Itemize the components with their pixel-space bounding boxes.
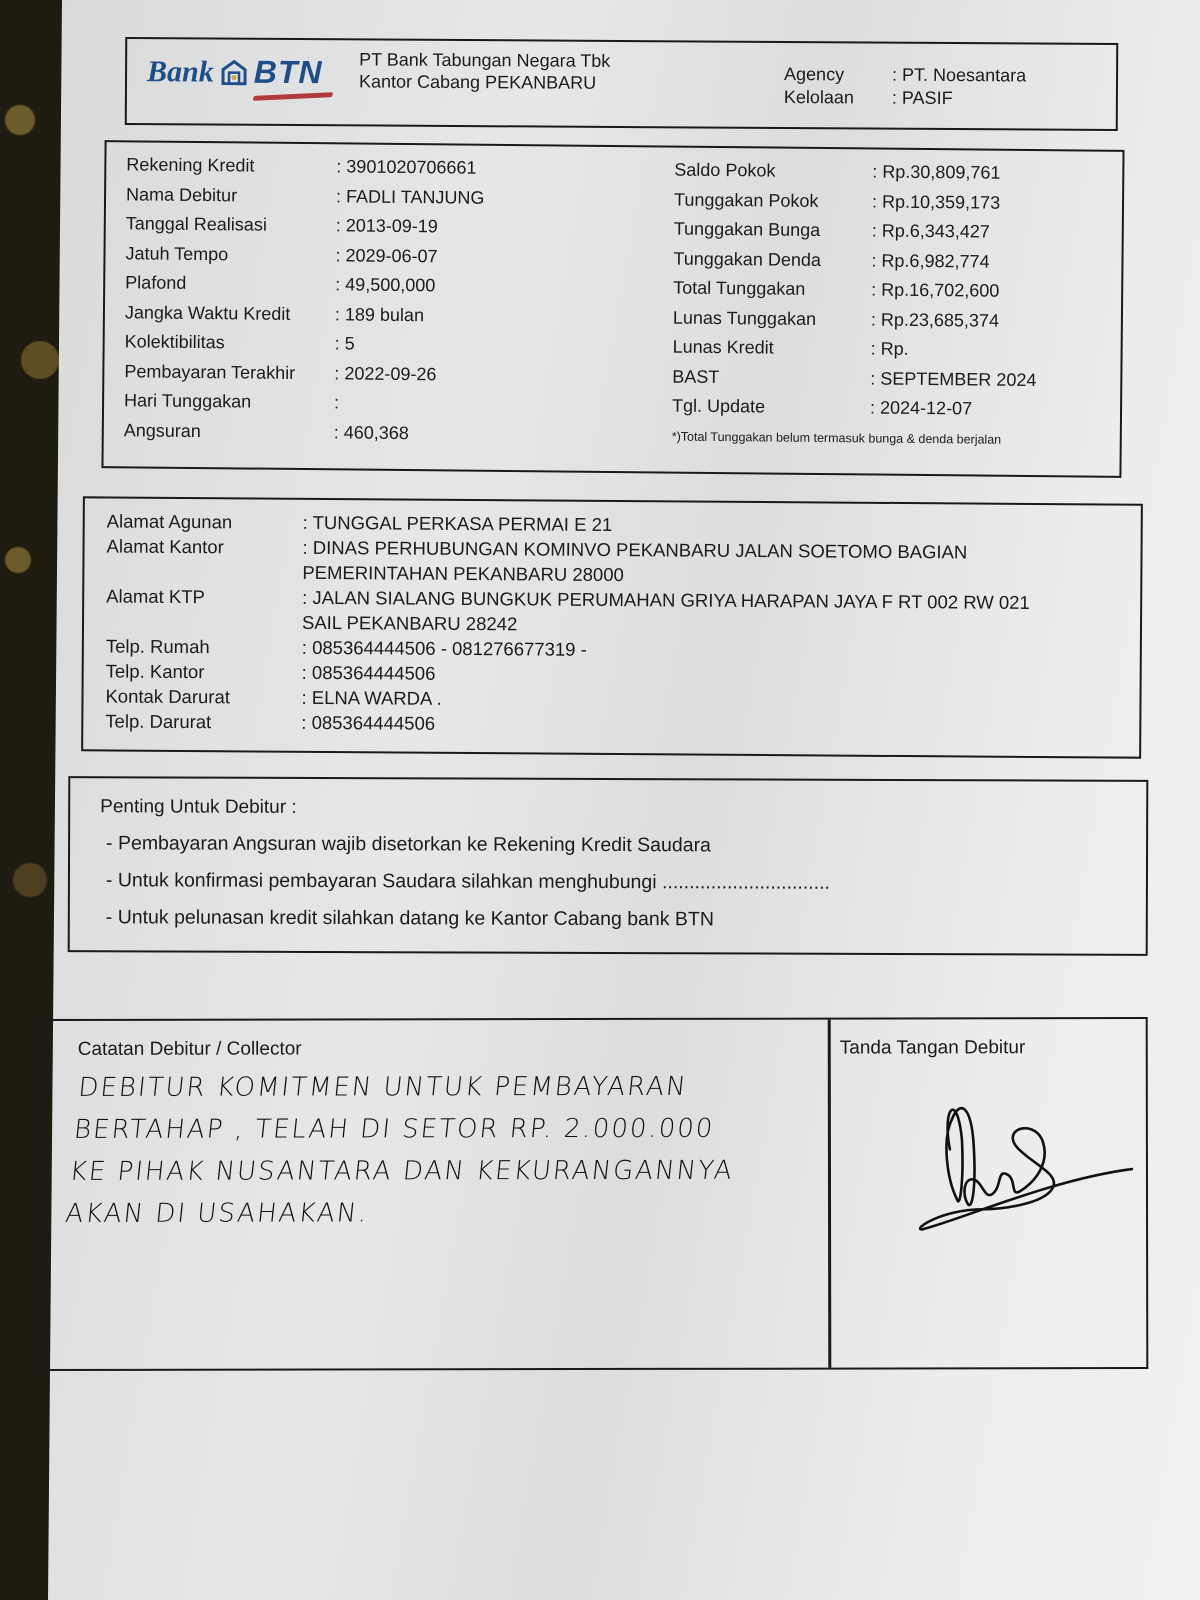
field-label: Kolektibilitas [125, 332, 335, 355]
address-panel: Alamat Agunan: TUNGGAL PERKASA PERMAI E … [81, 496, 1143, 758]
field-value: : Rp.6,343,427 [872, 221, 990, 243]
field-value: : Rp.6,982,774 [871, 250, 989, 272]
field-row: Tanggal Realisasi: 2013-09-19 [126, 209, 485, 242]
field-label: Jatuh Tempo [125, 243, 335, 266]
field-label: Saldo Pokok [674, 160, 872, 183]
address-label: Telp. Rumah [106, 633, 302, 659]
field-value: : Rp. [871, 339, 909, 360]
field-label: Plafond [125, 273, 335, 296]
address-row: Alamat KTP: JALAN SIALANG BUNGKUK PERUMA… [106, 583, 1062, 640]
notice-list: - Pembayaran Angsuran wajib disetorkan k… [106, 832, 830, 946]
meta-value: : PT. Noesantara [892, 64, 1026, 88]
notice-item: - Untuk pelunasan kredit silahkan datang… [106, 906, 830, 946]
field-row: Lunas Kredit: Rp. [672, 333, 1036, 366]
handwritten-line: DEBITUR KOMITMEN UNTUK PEMBAYARAN [76, 1066, 840, 1109]
field-row: Rekening Kredit: 3901020706661 [126, 150, 485, 183]
meta-value: : PASIF [892, 87, 953, 110]
field-value: : Rp.10,359,173 [872, 191, 1000, 213]
field-value: : Rp.23,685,374 [871, 309, 999, 331]
field-label: Tunggakan Denda [673, 248, 871, 271]
loan-details-right: Saldo Pokok: Rp.30,809,761 Tunggakan Pok… [672, 156, 1039, 425]
field-row: Hari Tunggakan: [124, 386, 483, 419]
notice-title: Penting Untuk Debitur : [100, 796, 297, 819]
handwritten-note: DEBITUR KOMITMEN UNTUK PEMBAYARAN BERTAH… [63, 1066, 840, 1235]
loan-details-left: Rekening Kredit: 3901020706661 Nama Debi… [124, 150, 485, 448]
field-value: : [334, 393, 339, 414]
logo-text-bank: Bank [147, 55, 214, 89]
field-label: Total Tunggakan [673, 278, 871, 301]
field-row: Jatuh Tempo: 2029-06-07 [125, 239, 484, 272]
field-value: : Rp.16,702,600 [871, 280, 999, 302]
logo-text-brand: BTN [254, 54, 323, 91]
field-label: Lunas Tunggakan [673, 307, 871, 330]
field-value: : Rp.30,809,761 [872, 162, 1000, 184]
field-value: : 460,368 [334, 422, 409, 444]
field-label: Pembayaran Terakhir [124, 361, 334, 384]
address-label: Alamat Agunan [107, 508, 303, 534]
field-row: Total Tunggakan: Rp.16,702,600 [673, 274, 1037, 307]
field-row: Tunggakan Pokok: Rp.10,359,173 [674, 185, 1038, 218]
field-label: Jangka Waktu Kredit [125, 302, 335, 325]
field-label: Rekening Kredit [126, 155, 336, 178]
meta-row-agency: Agency : PT. Noesantara [784, 63, 1026, 87]
handwritten-line: KE PIHAK NUSANTARA DAN KEKURANGANNYA [68, 1150, 832, 1193]
field-value: : 2029-06-07 [335, 245, 437, 267]
notice-item: - Pembayaran Angsuran wajib disetorkan k… [106, 832, 830, 872]
field-row: Kolektibilitas: 5 [125, 327, 484, 360]
field-value: : 2024-12-07 [870, 398, 972, 420]
address-label: Kontak Darurat [105, 683, 301, 709]
handwritten-line: AKAN DI USAHAKAN. [63, 1192, 827, 1235]
agency-meta: Agency : PT. Noesantara Kelolaan : PASIF [784, 63, 1026, 110]
field-label: Lunas Kredit [673, 337, 871, 360]
field-row: Jangka Waktu Kredit: 189 bulan [125, 298, 484, 331]
field-value: : 5 [335, 334, 355, 355]
address-label: Alamat KTP [106, 583, 302, 634]
branch-name: Kantor Cabang PEKANBARU [359, 70, 610, 94]
address-list: Alamat Agunan: TUNGGAL PERKASA PERMAI E … [105, 508, 1063, 740]
field-label: Tunggakan Pokok [674, 189, 872, 212]
address-value: : DINAS PERHUBUNGAN KOMINVO PEKANBARU JA… [302, 535, 1062, 590]
address-value: : 085364444506 [301, 710, 1061, 740]
handwritten-line: BERTAHAP , TELAH DI SETOR RP. 2.000.000 [72, 1108, 836, 1151]
address-row: Telp. Darurat: 085364444506 [105, 708, 1061, 740]
field-row: BAST: SEPTEMBER 2024 [672, 362, 1036, 395]
important-notice-panel: Penting Untuk Debitur : - Pembayaran Ang… [68, 776, 1149, 956]
field-label: Nama Debitur [126, 184, 336, 207]
company-info: PT Bank Tabungan Negara Tbk Kantor Caban… [359, 48, 610, 94]
meta-row-kelolaan: Kelolaan : PASIF [784, 86, 1026, 110]
field-row: Lunas Tunggakan: Rp.23,685,374 [673, 303, 1037, 336]
field-row: Plafond: 49,500,000 [125, 268, 484, 301]
document-header: Bank BTN PT Bank Tabungan Negara Tbk Kan… [125, 37, 1119, 131]
meta-label: Agency [784, 63, 892, 87]
field-value: : FADLI TANJUNG [336, 186, 485, 208]
field-value: : 49,500,000 [335, 275, 435, 297]
field-label: Angsuran [124, 420, 334, 443]
arrears-footnote: *)Total Tunggakan belum termasuk bunga &… [672, 430, 1002, 447]
address-value: : JALAN SIALANG BUNGKUK PERUMAHAN GRIYA … [302, 585, 1062, 640]
address-label: Telp. Kantor [106, 658, 302, 684]
field-row: Angsuran: 460,368 [124, 416, 483, 449]
address-row: Alamat Kantor: DINAS PERHUBUNGAN KOMINVO… [106, 533, 1062, 590]
field-row: Saldo Pokok: Rp.30,809,761 [674, 156, 1038, 189]
address-label: Telp. Darurat [105, 708, 301, 734]
signature-icon [902, 1079, 1142, 1259]
signature-label: Tanda Tangan Debitur [840, 1037, 1026, 1059]
field-value: : 189 bulan [335, 304, 424, 326]
field-value: : SEPTEMBER 2024 [870, 368, 1036, 391]
company-name: PT Bank Tabungan Negara Tbk [359, 48, 610, 72]
address-label: Alamat Kantor [106, 533, 302, 584]
notes-label: Catatan Debitur / Collector [78, 1039, 302, 1061]
field-value: : 2013-09-19 [336, 216, 438, 238]
bank-logo: Bank BTN [147, 53, 323, 91]
field-row: Tgl. Update: 2024-12-07 [672, 392, 1036, 425]
field-label: BAST [672, 366, 870, 389]
field-row: Nama Debitur: FADLI TANJUNG [126, 180, 485, 213]
field-row: Tunggakan Bunga: Rp.6,343,427 [674, 215, 1038, 248]
notice-item: - Untuk konfirmasi pembayaran Saudara si… [106, 869, 830, 909]
field-label: Tunggakan Bunga [674, 219, 872, 242]
house-icon [220, 58, 248, 86]
field-row: Tunggakan Denda: Rp.6,982,774 [673, 244, 1037, 277]
field-value: : 3901020706661 [336, 157, 476, 179]
loan-details-panel: Rekening Kredit: 3901020706661 Nama Debi… [101, 140, 1124, 478]
notes-signature-panel: Catatan Debitur / Collector DEBITUR KOMI… [40, 1017, 1149, 1371]
field-value: : 2022-09-26 [334, 363, 436, 385]
field-label: Tanggal Realisasi [126, 214, 336, 237]
field-label: Hari Tunggakan [124, 391, 334, 414]
meta-label: Kelolaan [784, 86, 892, 110]
field-row: Pembayaran Terakhir: 2022-09-26 [124, 357, 483, 390]
field-label: Tgl. Update [672, 396, 870, 419]
